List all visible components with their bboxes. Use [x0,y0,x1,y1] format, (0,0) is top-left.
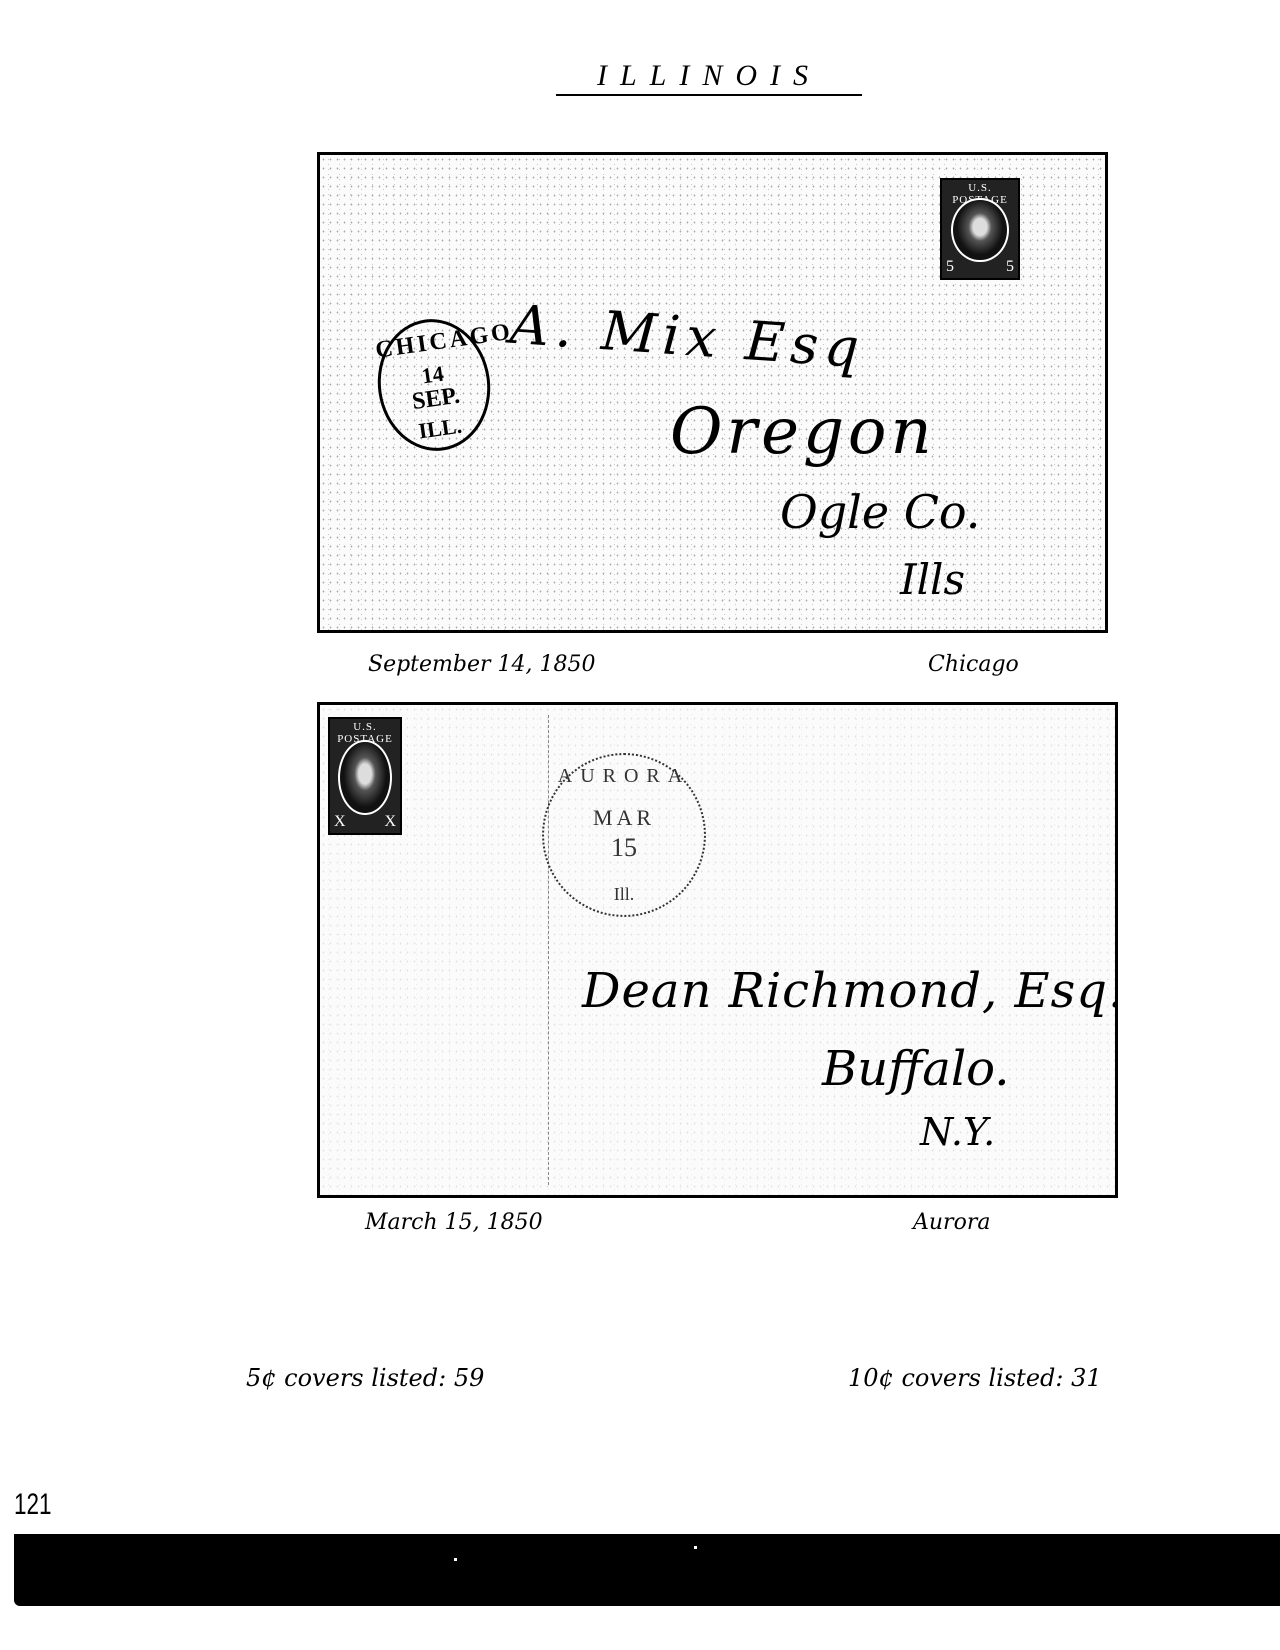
portrait-icon [951,198,1009,263]
cover-place-caption: Chicago [928,652,1019,677]
addressee-name: Dean Richmond, Esq. [582,963,1118,1019]
paper-texture [320,705,1115,1195]
cover-place-caption: Aurora [913,1210,990,1235]
stamp-10-cent-washington: U.S. POSTAGE X X [328,717,402,835]
addressee-county: Ogle Co. [780,485,980,539]
cover-date-caption: March 15, 1850 [365,1210,543,1235]
scan-edge-bar [14,1534,1280,1606]
five-cent-total: 5¢ covers listed: 59 [246,1364,484,1392]
addressee-state: N.Y. [920,1110,995,1154]
stamp-5-cent-franklin: U.S. POSTAGE 5 5 [940,178,1020,280]
postmark-aurora: AURORA MAR 15 Ill. [542,753,706,917]
scan-artifact [694,1546,697,1549]
cover-date-caption: September 14, 1850 [368,652,595,677]
cover-aurora: U.S. POSTAGE X X AURORA MAR 15 Ill. Dean… [317,702,1118,1198]
page-title: ILLINOIS [556,60,862,96]
page-number: 121 [14,1488,52,1522]
stamp-corners: 5 5 [946,258,1014,276]
portrait-icon [338,740,391,815]
cover-chicago: U.S. POSTAGE 5 5 CHICAGO 14 SEP. ILL. A.… [317,152,1108,633]
addressee-town: Buffalo. [822,1041,1009,1097]
addressee-state: Ills [900,555,965,604]
scan-artifact [454,1558,457,1561]
addressee-town: Oregon [670,395,936,469]
ten-cent-total: 10¢ covers listed: 31 [848,1364,1102,1392]
stamp-corners: X X [334,813,396,831]
